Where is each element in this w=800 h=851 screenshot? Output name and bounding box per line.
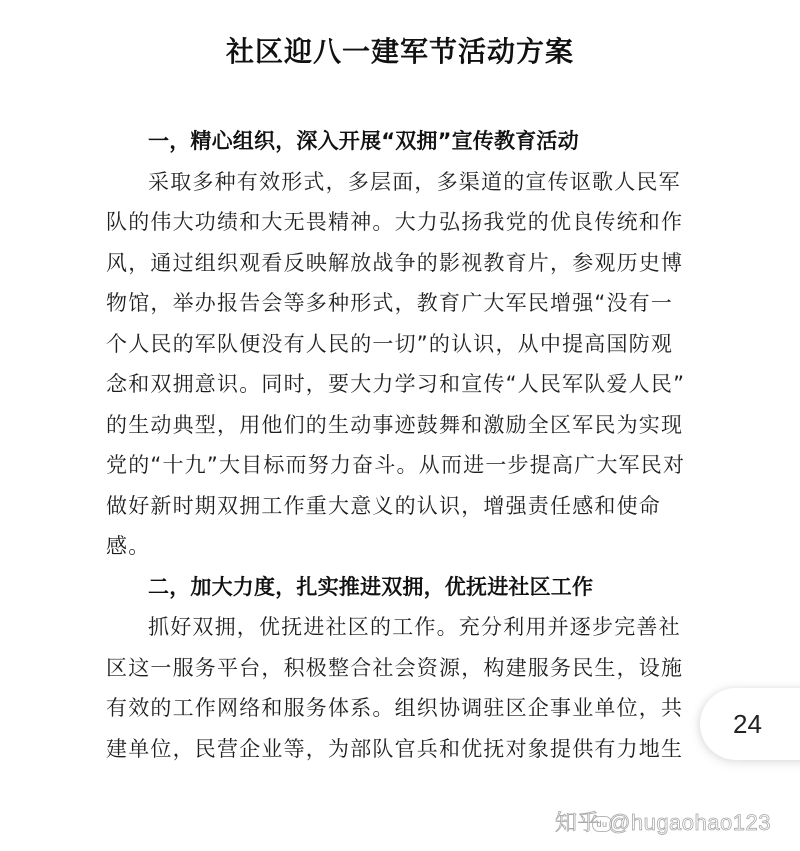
watermark-handle: @hugaohao123	[608, 810, 771, 835]
paragraph-line: 有效的工作网络和服务体系。组织协调驻区企事业单位，共	[106, 688, 686, 729]
section-heading-1: 一，精心组织，深入开展“双拥”宣传教育活动	[106, 121, 686, 162]
paragraph-line: 做好新时期双拥工作重大意义的认识，增强责任感和使命	[106, 486, 686, 527]
badge-count: 24	[733, 709, 762, 740]
paragraph-line: 念和双拥意识。同时，要大力学习和宣传“人民军队爱人民”	[106, 364, 686, 405]
watermark: 知乎du@hugaohao123	[555, 806, 771, 837]
floating-count-badge[interactable]: 24	[700, 688, 800, 760]
paragraph-line: 风，通过组织观看反映解放战争的影视教育片，参观历史博	[106, 243, 686, 284]
document-body: 一，精心组织，深入开展“双拥”宣传教育活动 采取多种有效形式，多层面，多渠道的宣…	[106, 121, 686, 769]
paragraph-line: 党的“十九”大目标而努力奋斗。从而进一步提高广大军民对	[106, 445, 686, 486]
paragraph-line: 建单位，民营企业等，为部队官兵和优抚对象提供有力地生	[106, 729, 686, 770]
paragraph-line: 的生动典型，用他们的生动事迹鼓舞和激励全区军民为实现	[106, 405, 686, 446]
paragraph-line: 队的伟大功绩和大无畏精神。大力弘扬我党的优良传统和作	[106, 202, 686, 243]
paragraph-line: 个人民的军队便没有人民的一切”的认识，从中提高国防观	[106, 324, 686, 365]
paragraph-line: 物馆，举办报告会等多种形式，教育广大军民增强“没有一	[106, 283, 686, 324]
paragraph-line: 抓好双拥，优抚进社区的工作。充分利用并逐步完善社	[106, 607, 686, 648]
section-heading-2: 二，加大力度，扎实推进双拥，优抚进社区工作	[106, 567, 686, 608]
paragraph-line: 采取多种有效形式，多层面，多渠道的宣传讴歌人民军	[106, 162, 686, 203]
paragraph-line: 感。	[106, 526, 686, 567]
paragraph-line: 区这一服务平台，积极整合社会资源，构建服务民生，设施	[106, 648, 686, 689]
document-title: 社区迎八一建军节活动方案	[0, 30, 800, 74]
